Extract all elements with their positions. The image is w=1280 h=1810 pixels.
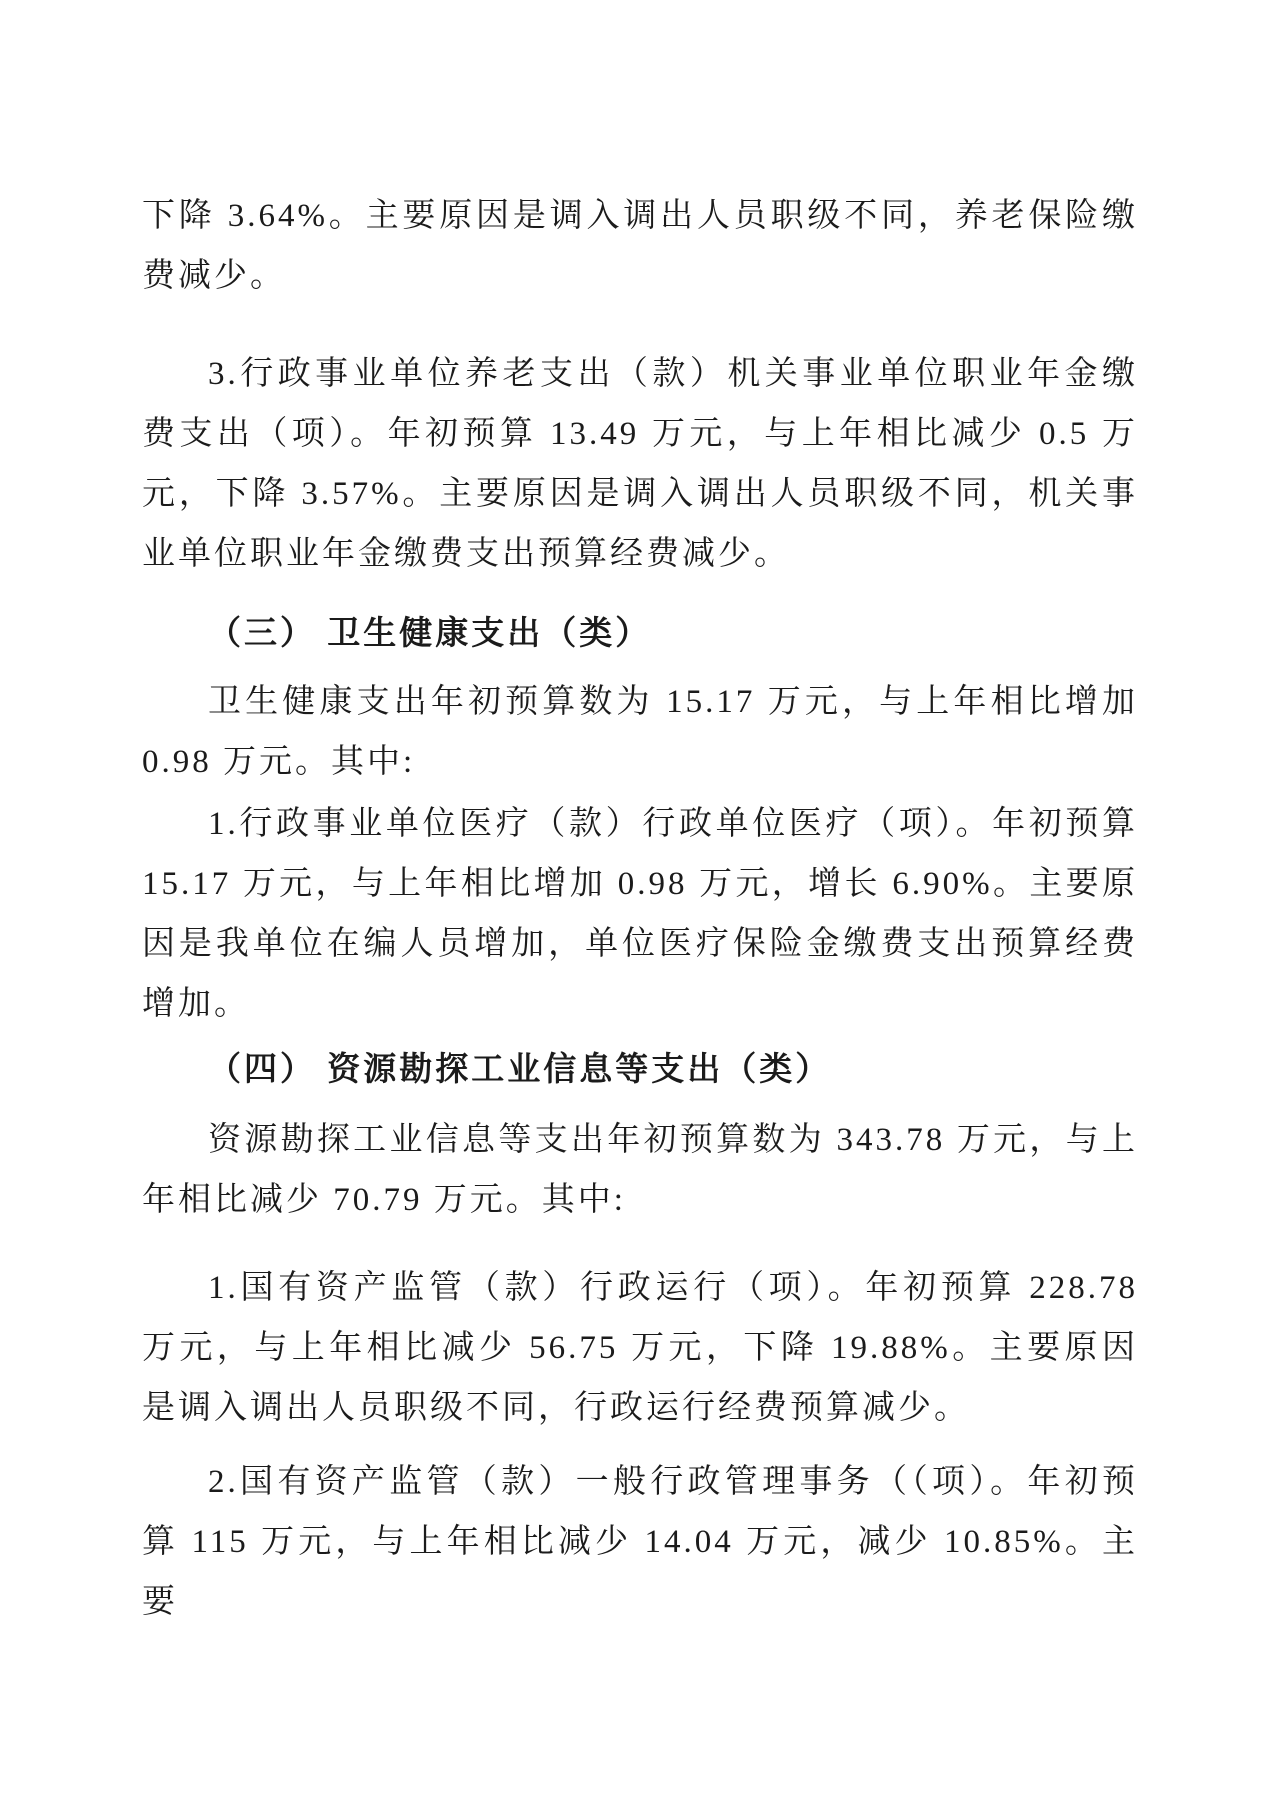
paragraph-pension-decrease-continuation: 下降 3.64%。主要原因是调入调出人员职级不同，养老保险缴费减少。 xyxy=(142,186,1138,306)
section-heading-resource-exploration-expenditure: （四） 资源勘探工业信息等支出（类） xyxy=(142,1040,1138,1100)
paragraph-occupational-annuity: 3.行政事业单位养老支出（款）机关事业单位职业年金缴费支出（项）。年初预算 13… xyxy=(142,344,1138,584)
paragraph-state-asset-general-admin: 2.国有资产监管（款）一般行政管理事务（（项）。年初预算 115 万元，与上年相… xyxy=(142,1452,1138,1632)
paragraph-resource-budget-summary: 资源勘探工业信息等支出年初预算数为 343.78 万元，与上年相比减少 70.7… xyxy=(142,1110,1138,1230)
paragraph-health-budget-summary: 卫生健康支出年初预算数为 15.17 万元，与上年相比增加 0.98 万元。其中… xyxy=(142,672,1138,792)
section-heading-health-expenditure: （三） 卫生健康支出（类） xyxy=(142,604,1138,664)
document-page: 下降 3.64%。主要原因是调入调出人员职级不同，养老保险缴费减少。 3.行政事… xyxy=(0,0,1280,1810)
paragraph-medical-item: 1.行政事业单位医疗（款）行政单位医疗（项）。年初预算 15.17 万元，与上年… xyxy=(142,794,1138,1034)
paragraph-state-asset-admin-operation: 1.国有资产监管（款）行政运行（项）。年初预算 228.78 万元，与上年相比减… xyxy=(142,1258,1138,1438)
